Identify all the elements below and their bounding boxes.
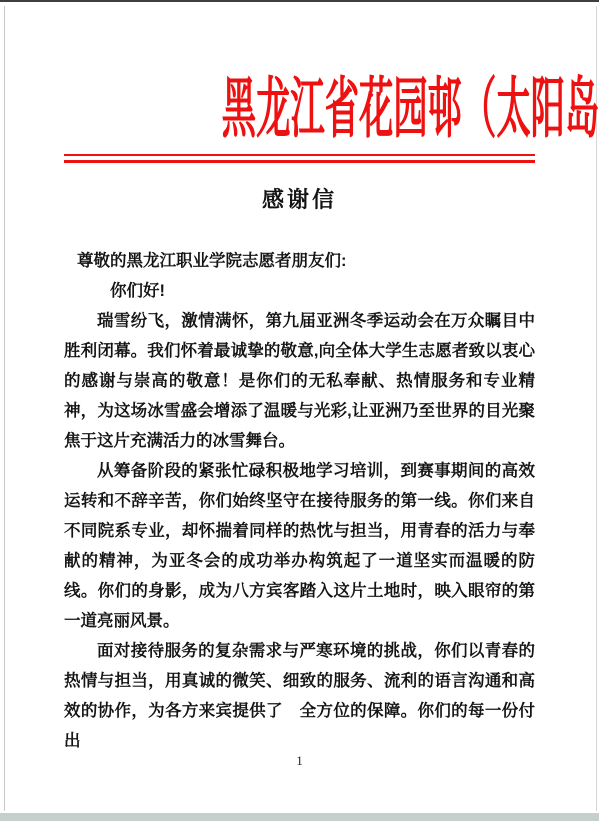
body-paragraph-2: 从筹备阶段的紧张忙碌积极地学习培训，到赛事期间的高效运转和不辞辛苦，你们始终坚守… [64,456,535,636]
letterhead: 黑龙江省花园邨（太阳岛）宾馆 [0,68,599,148]
letter-title: 感谢信 [0,183,599,217]
letter-body: 尊敬的黑龙江职业学院志愿者朋友们: 你们好! 瑞雪纷飞，激情满怀，第九届亚洲冬季… [64,246,535,756]
page-number: 1 [0,752,599,770]
salutation-line: 尊敬的黑龙江职业学院志愿者朋友们: [64,246,535,276]
body-paragraph-3: 面对接待服务的复杂需求与严寒环境的挑战，你们以青春的热情与担当，用真诚的微笑、细… [64,636,535,756]
greeting-line: 你们好! [64,276,535,306]
body-paragraph-1: 瑞雪纷飞，激情满怀，第九届亚洲冬季运动会在万众瞩目中胜利闭幕。我们怀着最诚挚的敬… [64,306,535,456]
letterhead-double-rule [64,154,535,163]
page-edge-bottom-shadow [0,813,599,821]
hotel-name-letterhead: 黑龙江省花园邨（太阳岛）宾馆 [222,68,599,148]
page-edge-top [0,0,599,2]
